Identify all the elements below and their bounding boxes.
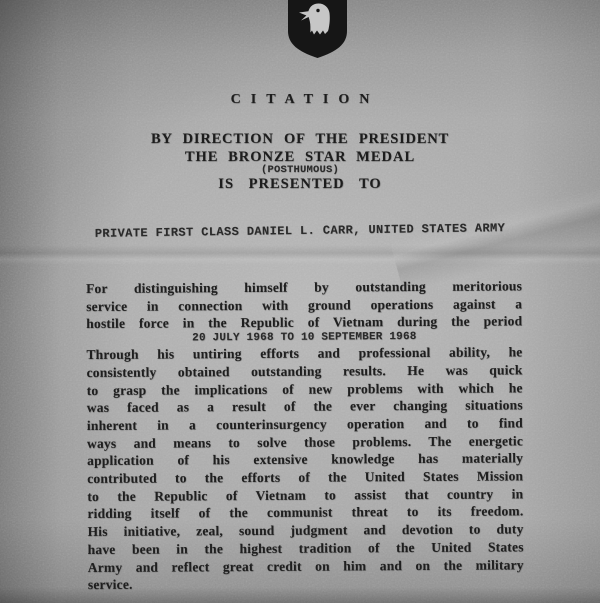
screaming-eagle-101st-airborne-patch-icon	[284, 0, 351, 59]
body-line: inherent in a counterinsurgency operatio…	[87, 414, 523, 434]
body-line: contributed to the efforts of the United…	[87, 467, 523, 487]
citation-document-photo: CITATION BY DIRECTION OF THE PRESIDENT T…	[0, 0, 600, 603]
recipient-name-line: PRIVATE FIRST CLASS DANIEL L. CARR, UNIT…	[0, 220, 600, 242]
body-line: hostile force in the Republic of Vietnam…	[86, 313, 522, 333]
by-direction-line: BY DIRECTION OF THE PRESIDENT	[0, 131, 600, 148]
body-line: have been in the highest tradition of th…	[88, 538, 524, 558]
citation-title: CITATION	[0, 92, 600, 108]
posthumous-line: (POSTHUMOUS)	[0, 164, 600, 176]
horizontal-fold-crease	[0, 245, 600, 265]
body-line: Army and reflect great credit on him and…	[88, 556, 524, 576]
presented-to-line: IS PRESENTED TO	[0, 176, 600, 193]
body-line: service.	[88, 574, 524, 594]
body-line: consistently obtained outstanding result…	[87, 361, 523, 381]
citation-body-text: For distinguishing himself by outstandin…	[86, 277, 524, 594]
body-line: For distinguishing himself by outstandin…	[86, 277, 522, 297]
